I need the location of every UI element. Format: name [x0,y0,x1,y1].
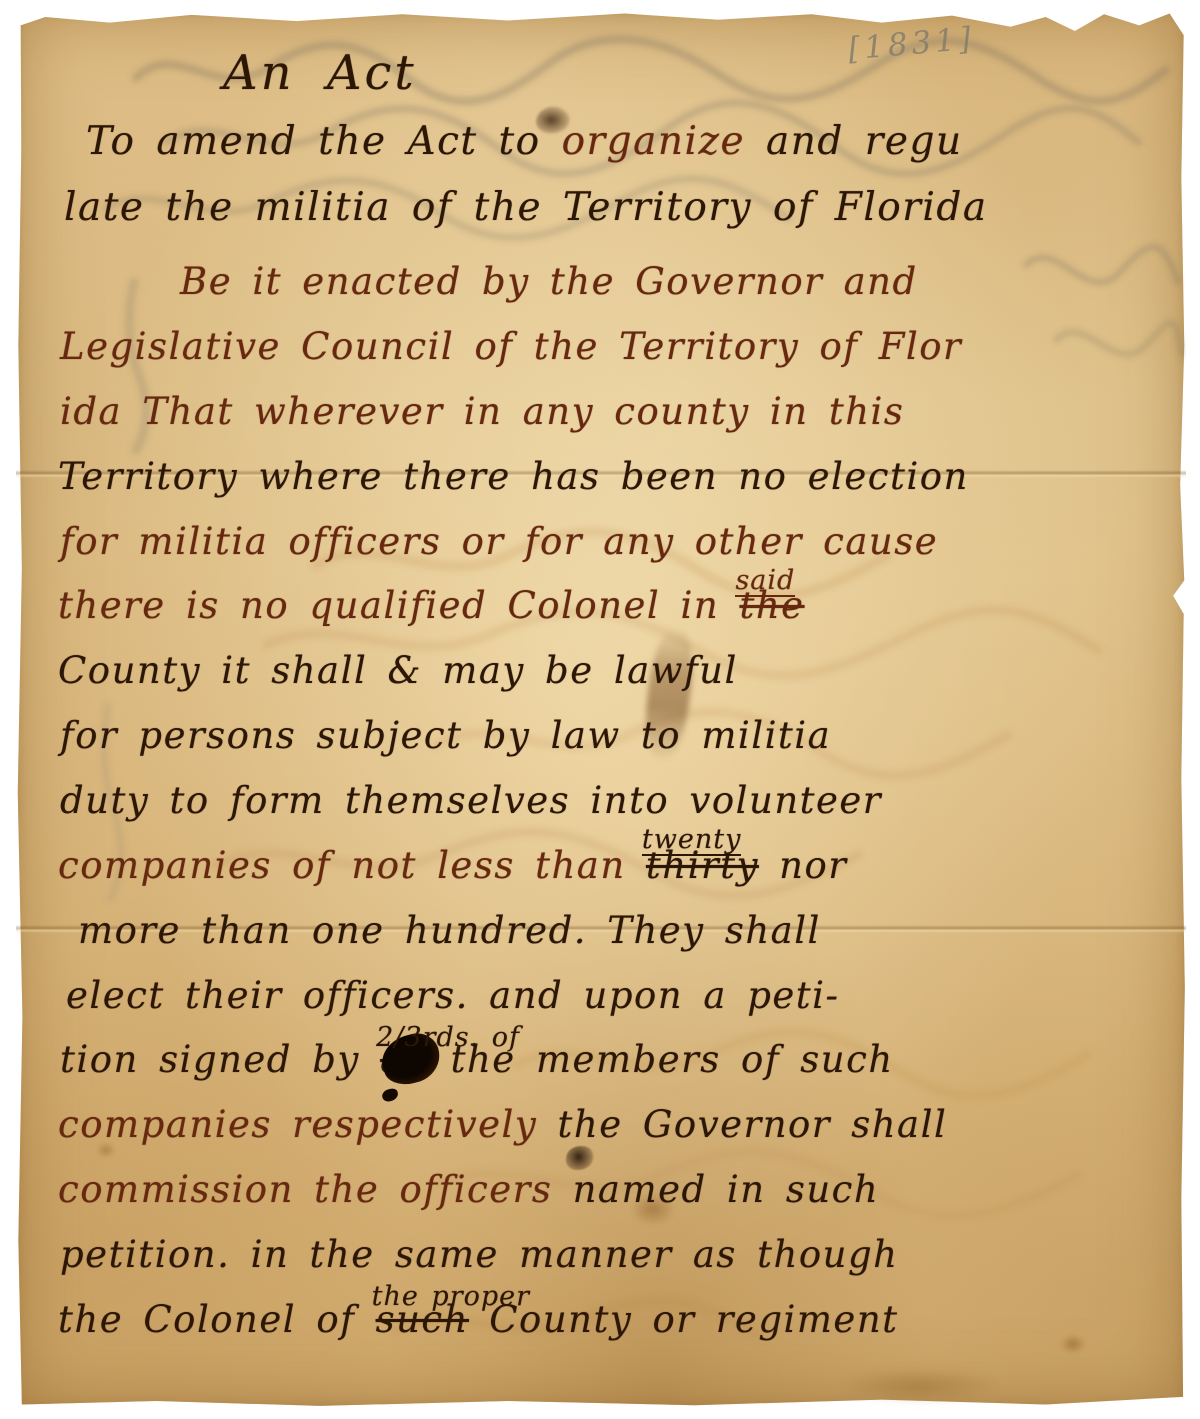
text-segment: ida That wherever in any county in this [60,390,904,433]
manuscript-line: companies respectively the Governor shal… [58,1106,1163,1145]
text-segment: Be it enacted by the Governor and [180,260,918,303]
manuscript-line: ida That wherever in any county in this [60,393,1163,432]
manuscript-line: petition. in the same manner as though [60,1236,1163,1275]
manuscript-line: To amend the Act to organize and regu [86,122,1163,163]
document-scan: [1831] An ActTo amend the Act to organiz… [0,0,1200,1419]
correction: suchthe proper [376,1301,469,1340]
manuscript-line: more than one hundred. They shall [78,912,1163,951]
correction: thirtytwenty [646,847,759,886]
correction: all2/3rds. of [380,1041,430,1080]
manuscript-line: County it shall & may be lawful [58,652,1163,691]
text-segment: more than one hundred. They shall [78,909,821,952]
text-segment: for militia officers or for any other ca… [60,520,938,563]
text-segment: the Colonel of [58,1298,376,1341]
inserted-word: 2/3rds. of [376,1024,520,1051]
text-segment: named in such [573,1168,880,1211]
manuscript-line: Territory where there has been no electi… [58,458,1163,497]
manuscript-line: late the militia of the Territory of Flo… [64,188,1163,229]
text-segment: organize [562,119,746,164]
text-segment: companies respectively [58,1103,558,1146]
text-segment: companies of not less than [58,844,646,887]
manuscript-line: for persons subject by law to militia [60,717,1163,756]
manuscript-line: tion signed by all2/3rds. of the members… [60,1041,1163,1080]
manuscript-line: the Colonel of suchthe proper County or … [58,1301,1163,1340]
text-segment: elect their officers. and upon a peti- [66,974,840,1017]
text-segment: County or regiment [469,1298,899,1341]
text-segment: the Governor shall [558,1103,948,1146]
manuscript-line: An Act [223,48,1163,98]
text-segment: nor [759,844,848,887]
text-segment: duty to form themselves into volunteer [60,779,882,822]
text-segment: for persons subject by law to militia [60,714,831,757]
text-segment: late the militia of the Territory of Flo… [64,185,988,230]
manuscript-text: An ActTo amend the Act to organize and r… [58,48,1163,1366]
correction: thesaid [739,587,804,626]
manuscript-line: Be it enacted by the Governor and [180,263,1163,302]
manuscript-line: companies of not less than thirtytwenty … [58,847,1163,886]
text-segment: commission the officers [58,1168,573,1211]
text-segment: tion signed by [60,1038,380,1081]
text-segment: An Act [223,45,417,101]
manuscript-line: commission the officers named in such [58,1171,1163,1210]
inserted-word: the proper [372,1283,530,1310]
manuscript-line: there is no qualified Colonel in thesaid [58,587,1163,626]
text-segment: Territory where there has been no electi… [58,455,969,498]
text-segment: To amend the Act to [86,119,562,164]
manuscript-line: for militia officers or for any other ca… [60,523,1163,562]
manuscript-line: elect their officers. and upon a peti- [66,977,1163,1016]
text-segment: County it shall & may be lawful [58,649,738,692]
text-segment: petition. in the same manner as though [60,1233,898,1276]
inserted-word: twenty [642,826,741,856]
text-segment: Legislative Council of the Territory of … [60,325,962,368]
manuscript-line: Legislative Council of the Territory of … [60,328,1163,367]
manuscript-line: duty to form themselves into volunteer [60,782,1163,821]
text-segment: and regu [745,119,962,164]
inserted-word: said [735,567,795,597]
text-segment: there is no qualified Colonel in [58,584,739,627]
